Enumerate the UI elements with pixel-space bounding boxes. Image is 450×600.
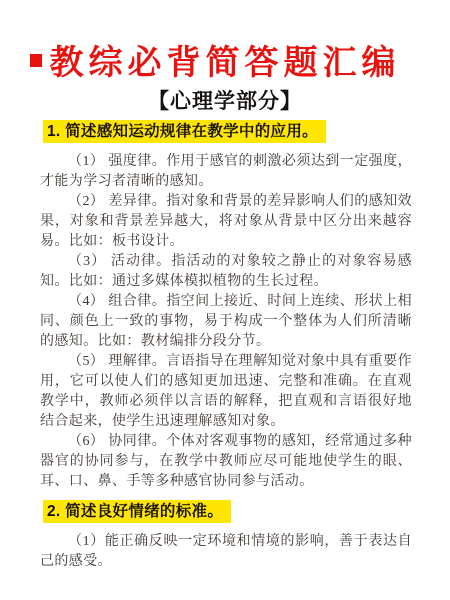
question-1-answer: （1） 强度律。作用于感官的刺激必须达到一定强度，才能为学习者清晰的感知。 （2… bbox=[40, 152, 412, 492]
question-2-answer: （1）能正确反映一定环境和情境的影响，善于表达自己的感受。 bbox=[40, 532, 412, 572]
red-square-decoration bbox=[30, 54, 42, 67]
answer-paragraph-emotion-standard: （1）能正确反映一定环境和情境的影响，善于表达自己的感受。 bbox=[40, 532, 412, 572]
document-title: 教综必背简答题汇编 bbox=[0, 44, 450, 82]
question-2-heading: 2. 简述良好情绪的标准。 bbox=[43, 500, 231, 523]
question-1-heading: 1. 简述感知运动规律在教学中的应用。 bbox=[43, 120, 326, 143]
question-2-heading-row: 2. 简述良好情绪的标准。 bbox=[43, 500, 412, 523]
answer-paragraph-difference-law: （2） 差异律。指对象和背景的差异影响人们的感知效果，对象和背景差异越大，将对象… bbox=[40, 192, 412, 252]
section-part-title: 【心理学部分】 bbox=[0, 90, 450, 114]
document-page: 教综必背简答题汇编 【心理学部分】 1. 简述感知运动规律在教学中的应用。 （1… bbox=[0, 0, 450, 600]
answer-paragraph-combination-law: （4） 组合律。指空间上接近、时间上连续、形状上相同、颜色上一致的事物，易于构成… bbox=[40, 292, 412, 352]
answer-paragraph-synergy-law: （6） 协同律。个体对客观事物的感知，经常通过多种器官的协同参与，在教学中教师应… bbox=[40, 432, 412, 492]
question-1-heading-row: 1. 简述感知运动规律在教学中的应用。 bbox=[43, 120, 412, 143]
answer-paragraph-activity-law: （3） 活动律。指活动的对象较之静止的对象容易感知。比如：通过多媒体模拟植物的生… bbox=[40, 252, 412, 292]
answer-paragraph-strength-law: （1） 强度律。作用于感官的刺激必须达到一定强度，才能为学习者清晰的感知。 bbox=[40, 152, 412, 192]
answer-paragraph-comprehension-law: （5） 理解律。言语指导在理解知觉对象中具有重要作用，它可以使人们的感知更加迅速… bbox=[40, 352, 412, 432]
